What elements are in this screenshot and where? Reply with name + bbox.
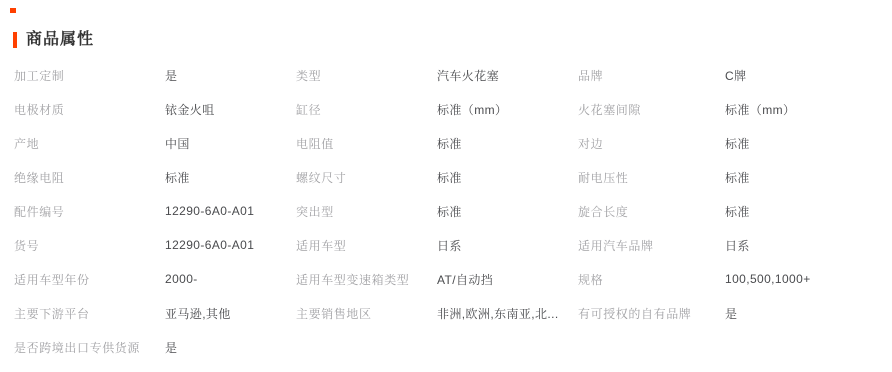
attr-label: 规格	[578, 271, 725, 288]
attr-value: AT/自动挡	[437, 271, 578, 288]
attr-row: 适用车型年份2000-适用车型变速箱类型AT/自动挡规格100,500,1000…	[14, 262, 884, 296]
attr-row: 是否跨境出口专供货源是	[14, 330, 884, 364]
attr-value: 标准（mm）	[725, 101, 884, 118]
attr-label: 火花塞间隙	[578, 101, 725, 118]
section-title: 商品属性	[26, 31, 94, 49]
attr-label: 产地	[14, 135, 165, 152]
attr-value: 12290-6A0-A01	[165, 204, 296, 218]
attr-label: 绝缘电阻	[14, 169, 165, 186]
attr-value: 12290-6A0-A01	[165, 238, 296, 252]
attr-value: 标准	[437, 135, 578, 152]
attr-label: 是否跨境出口专供货源	[14, 339, 165, 356]
attr-value: 铱金火咀	[165, 101, 296, 118]
attr-value: 是	[725, 305, 884, 322]
attr-row: 配件编号12290-6A0-A01突出型标准旋合长度标准	[14, 194, 884, 228]
attr-label: 耐电压性	[578, 169, 725, 186]
attr-label: 螺纹尺寸	[296, 169, 437, 186]
attr-value: C牌	[725, 67, 884, 84]
attr-label: 有可授权的自有品牌	[578, 305, 725, 322]
attr-label: 旋合长度	[578, 203, 725, 220]
attr-value: 中国	[165, 135, 296, 152]
attr-value: 标准	[725, 169, 884, 186]
attr-label: 适用车型	[296, 237, 437, 254]
attributes-table: 加工定制是类型汽车火花塞品牌C牌电极材质铱金火咀缸径标准（mm）火花塞间隙标准（…	[0, 58, 892, 364]
attr-row: 电极材质铱金火咀缸径标准（mm）火花塞间隙标准（mm）	[14, 92, 884, 126]
attr-label: 缸径	[296, 101, 437, 118]
attr-value: 标准	[437, 169, 578, 186]
attr-label: 货号	[14, 237, 165, 254]
section-header: 商品属性	[0, 0, 892, 49]
attr-value: 日系	[725, 237, 884, 254]
attr-label: 电阻值	[296, 135, 437, 152]
attr-label: 适用车型年份	[14, 271, 165, 288]
attr-value: 亚马逊,其他	[165, 305, 296, 322]
attr-label: 适用汽车品牌	[578, 237, 725, 254]
attr-label: 电极材质	[14, 101, 165, 118]
attr-value: 汽车火花塞	[437, 67, 578, 84]
attr-value: 非洲,欧洲,东南亚,北...	[437, 305, 578, 322]
attr-row: 加工定制是类型汽车火花塞品牌C牌	[14, 58, 884, 92]
attr-row: 绝缘电阻标准螺纹尺寸标准耐电压性标准	[14, 160, 884, 194]
attr-value: 100,500,1000+	[725, 272, 884, 286]
attr-label: 配件编号	[14, 203, 165, 220]
attr-value: 是	[165, 339, 296, 356]
attr-value: 是	[165, 67, 296, 84]
attr-value: 日系	[437, 237, 578, 254]
attr-label: 适用车型变速箱类型	[296, 271, 437, 288]
attr-value: 标准	[725, 203, 884, 220]
attr-value: 标准（mm）	[437, 101, 578, 118]
attr-label: 类型	[296, 67, 437, 84]
attr-label: 主要下游平台	[14, 305, 165, 322]
attr-row: 产地中国电阻值标准对边标准	[14, 126, 884, 160]
attr-value: 2000-	[165, 272, 296, 286]
attr-value: 标准	[165, 169, 296, 186]
attr-label: 加工定制	[14, 67, 165, 84]
product-attributes-panel: 商品属性 加工定制是类型汽车火花塞品牌C牌电极材质铱金火咀缸径标准（mm）火花塞…	[0, 0, 892, 372]
attr-value: 标准	[725, 135, 884, 152]
attr-label: 品牌	[578, 67, 725, 84]
header-accent-bar	[13, 32, 17, 48]
attr-row: 主要下游平台亚马逊,其他主要销售地区非洲,欧洲,东南亚,北...有可授权的自有品…	[14, 296, 884, 330]
attr-label: 对边	[578, 135, 725, 152]
attr-value: 标准	[437, 203, 578, 220]
attr-row: 货号12290-6A0-A01适用车型日系适用汽车品牌日系	[14, 228, 884, 262]
attr-label: 突出型	[296, 203, 437, 220]
top-accent-fragment	[10, 8, 16, 13]
attr-label: 主要销售地区	[296, 305, 437, 322]
